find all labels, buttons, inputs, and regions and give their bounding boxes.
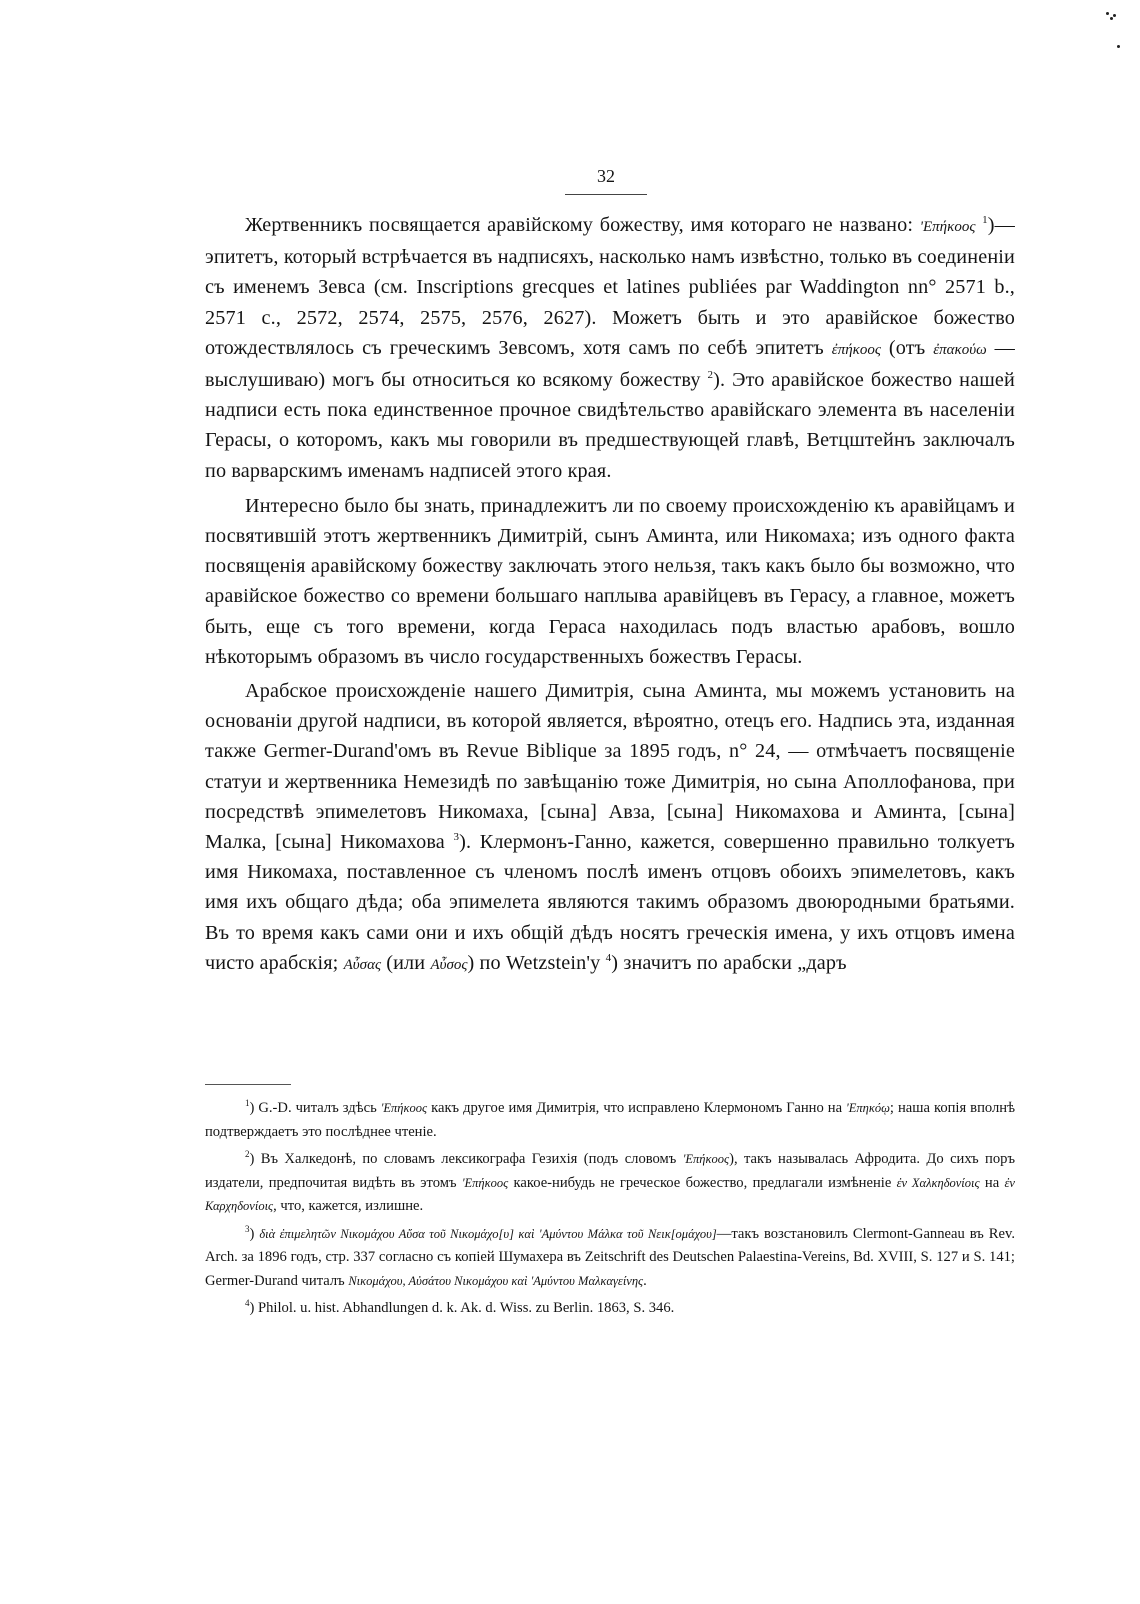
- text-run: Жертвенникъ посвящается аравійскому боже…: [245, 214, 920, 236]
- text-run: ) Philol. u. hist. Abhandlungen d. k. Ak…: [250, 1300, 675, 1316]
- text-run: Арабское происхожденіе нашего Димитрія, …: [205, 680, 1015, 853]
- paragraph: Жертвенникъ посвящается аравійскому боже…: [205, 210, 1015, 486]
- greek-term: 'Επήκοος: [920, 219, 976, 235]
- document-page: 32 Жертвенникъ посвящается аравійскому б…: [0, 0, 1140, 1604]
- text-run: какое-нибудь не греческое божество, пред…: [508, 1175, 896, 1191]
- greek-term: ἐπακούω: [933, 342, 986, 358]
- greek-term: 'Επήκοος: [381, 1101, 427, 1115]
- greek-term: ἐν Χαλκηδονίοις: [897, 1176, 980, 1190]
- text-run: на: [980, 1175, 1005, 1191]
- text-run: ) G.-D. читалъ здѣсь: [250, 1100, 381, 1116]
- greek-term: 'Επηκόῳ: [846, 1101, 890, 1115]
- text-run: ) значитъ по арабски „даръ: [611, 952, 846, 974]
- footnote-4: 4) Philol. u. hist. Abhandlungen d. k. A…: [205, 1297, 1015, 1321]
- page-number: 32: [565, 164, 647, 188]
- greek-term: Αὖσας: [344, 957, 381, 973]
- greek-term: Νικομάχου, Αὐσάτου Νικομάχου καὶ 'Αμύντο…: [348, 1274, 643, 1288]
- text-run: , что, кажется, излишне.: [273, 1198, 423, 1214]
- text-run: (или: [381, 952, 430, 974]
- scan-artifact-marks: [1086, 6, 1126, 46]
- text-run: ): [250, 1226, 260, 1242]
- text-run: .: [643, 1273, 647, 1289]
- greek-term: 'Επήκοος: [683, 1152, 729, 1166]
- paragraph: Арабское происхожденіе нашего Димитрія, …: [205, 676, 1015, 980]
- page-number-rule: [565, 194, 647, 195]
- paragraph: Интересно было бы знать, принадлежитъ ли…: [205, 491, 1015, 672]
- text-run: Интересно было бы знать, принадлежитъ ли…: [205, 495, 1015, 668]
- greek-term: Αὖσος: [430, 957, 467, 973]
- text-run: ) Въ Халкедонѣ, по словамъ лексикографа …: [250, 1151, 683, 1167]
- footnote-separator: [205, 1084, 291, 1085]
- greek-term: διὰ ἐπιμελητῶν Νικομάχου Αὔσα τοῦ Νικομά…: [259, 1227, 716, 1241]
- greek-term: ἐπήκοος: [832, 342, 881, 358]
- text-run: ) по Wetzstein'у: [467, 952, 605, 974]
- text-run: какъ другое имя Димитрія, что исправлено…: [427, 1100, 846, 1116]
- greek-term: 'Επήκοος: [462, 1176, 508, 1190]
- footnote-1: 1) G.-D. читалъ здѣсь 'Επήκοος какъ друг…: [205, 1097, 1015, 1144]
- footnote-2: 2) Въ Халкедонѣ, по словамъ лексикографа…: [205, 1148, 1015, 1219]
- text-run: (отъ: [881, 337, 933, 359]
- footnote-3: 3) διὰ ἐπιμελητῶν Νικομάχου Αὔσα τοῦ Νικ…: [205, 1223, 1015, 1294]
- body-text: Жертвенникъ посвящается аравійскому боже…: [205, 210, 1015, 984]
- footnotes: 1) G.-D. читалъ здѣсь 'Επήκοος какъ друг…: [205, 1097, 1015, 1325]
